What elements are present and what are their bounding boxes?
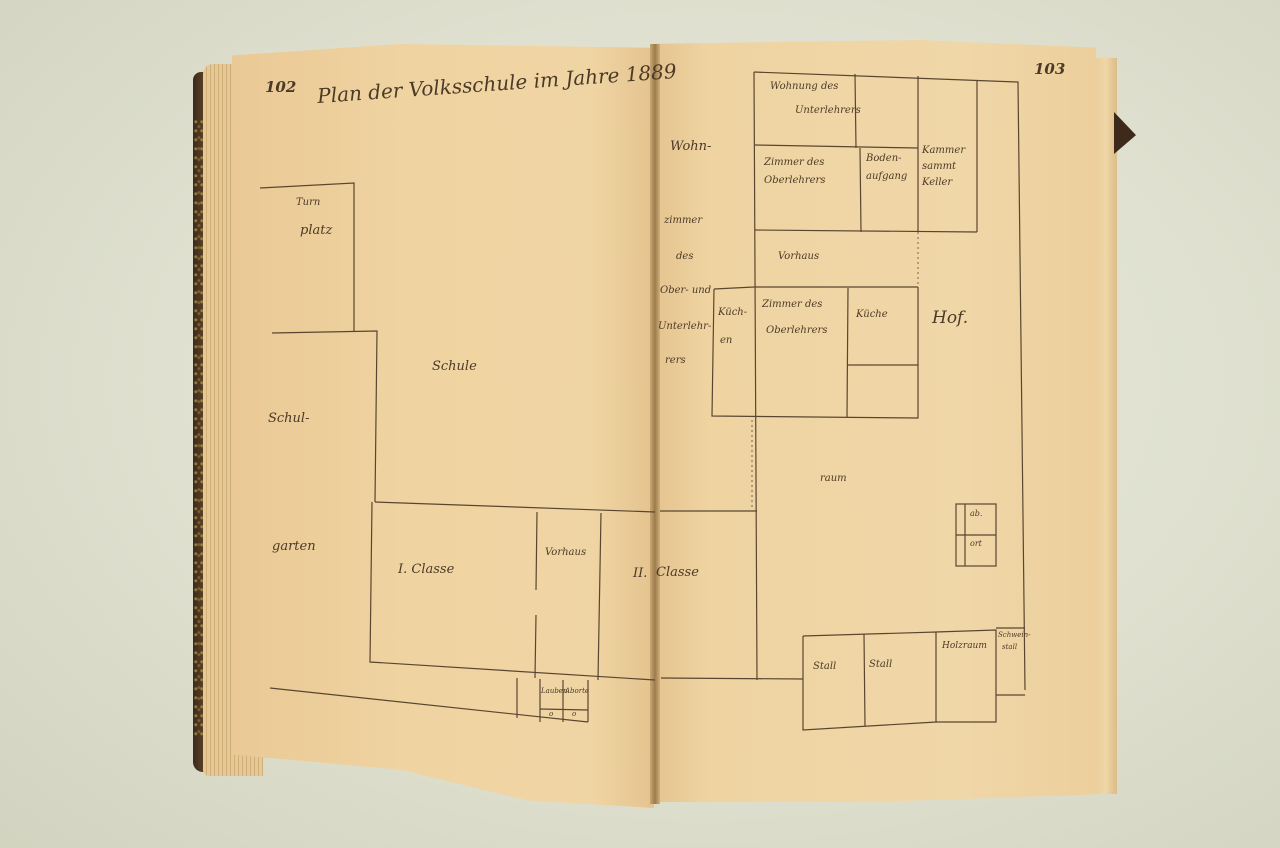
label-classe-2-word: Classe <box>656 566 699 579</box>
label-wohn: Wohn- <box>670 140 711 153</box>
page-number-left: 102 <box>265 80 296 95</box>
label-kuechen-1: Küch- <box>718 308 747 318</box>
label-wohnung-unterlehrer-2: Unterlehrers <box>795 106 861 116</box>
label-kuechen-2: en <box>720 336 732 346</box>
label-platz: platz <box>300 224 332 237</box>
label-kammer-1: Kammer <box>922 146 965 156</box>
label-des: des <box>676 252 693 262</box>
label-zimmer-oberlehrer-mid-1: Zimmer des <box>762 300 822 310</box>
book-gutter <box>650 44 660 804</box>
label-holzraum: Holzraum <box>942 642 987 651</box>
label-zimmer: zimmer <box>664 216 702 226</box>
label-kammer-2: sammt <box>922 162 956 172</box>
label-stall-2: Stall <box>869 660 892 670</box>
label-boden-aufgang-2: aufgang <box>866 172 907 182</box>
label-vorhaus-right: Vorhaus <box>778 252 819 262</box>
label-raum: raum <box>820 474 847 484</box>
label-schule: Schule <box>432 360 477 373</box>
label-kammer-3: Keller <box>922 178 952 188</box>
label-garten: garten <box>272 540 316 553</box>
label-rers: rers <box>665 356 686 366</box>
label-stall-1: Stall <box>813 662 836 672</box>
page-number-right: 103 <box>1034 62 1065 77</box>
label-hof: Hof. <box>932 310 968 327</box>
label-zimmer-oberlehrer-mid-2: Oberlehrers <box>766 326 827 336</box>
label-aborte: Aborte <box>565 688 589 695</box>
mark-a: o <box>549 711 553 718</box>
label-turn: Turn <box>296 198 320 208</box>
label-schweinstall-2: stall <box>1002 644 1017 651</box>
label-lauben: Lauben <box>541 688 567 695</box>
label-kueche: Küche <box>856 310 888 320</box>
label-schul: Schul- <box>268 412 309 425</box>
label-abort-1: ab. <box>970 510 982 518</box>
label-classe-1: I. Classe <box>398 563 454 576</box>
mark-b: o <box>572 711 576 718</box>
left-page <box>232 44 654 808</box>
label-schweinstall-1: Schwein- <box>998 632 1030 639</box>
label-unterlehrer: Unterlehr- <box>658 322 711 332</box>
label-zimmer-oberlehrer-top-1: Zimmer des <box>764 158 824 168</box>
bookmark-tab <box>1114 112 1136 154</box>
label-abort-2: ort <box>970 540 982 548</box>
label-boden-aufgang-1: Boden- <box>866 154 902 164</box>
label-wohnung-unterlehrer-1: Wohnung des <box>770 82 838 92</box>
label-zimmer-oberlehrer-top-2: Oberlehrers <box>764 176 825 186</box>
label-ober-und: Ober- und <box>660 286 711 296</box>
label-classe-2-numeral: II. <box>633 567 647 580</box>
label-vorhaus-left: Vorhaus <box>545 548 586 558</box>
